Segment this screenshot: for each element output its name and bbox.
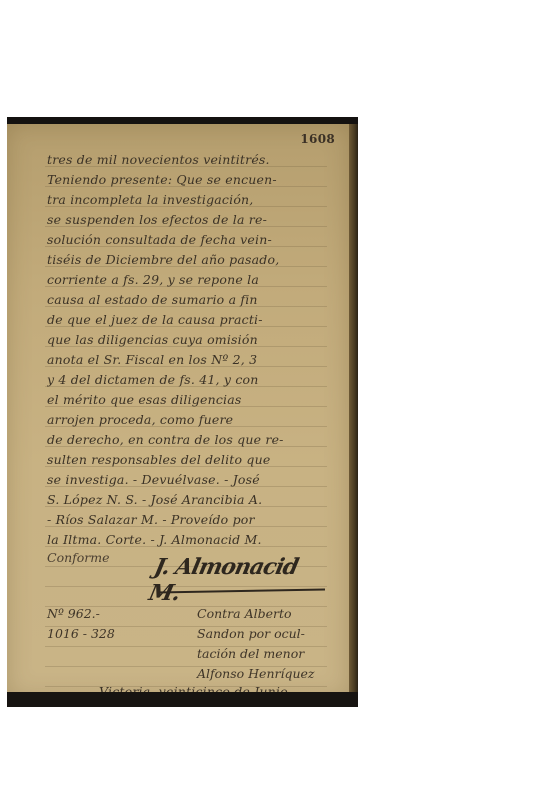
body-line: se investiga. - Devuélvase. - José xyxy=(47,472,327,487)
body-line: S. López N. S. - José Arancibia A. xyxy=(47,492,327,507)
body-line: solución consultada de fecha vein- xyxy=(47,232,327,247)
body-line: - Ríos Salazar M. - Proveído por xyxy=(47,512,327,527)
body-line: anota el Sr. Fiscal en los Nº 2, 3 xyxy=(47,352,327,367)
subject-line: Alfonso Henríquez xyxy=(197,666,327,681)
case-reference: 1016 - 328 xyxy=(47,626,115,641)
body-line: causa al estado de sumario a fin xyxy=(47,292,327,307)
body-line: arrojen proceda, como fuere xyxy=(47,412,327,427)
body-line: sulten responsables del delito que xyxy=(47,452,327,467)
bottom-shadow xyxy=(7,692,358,707)
subject-line: tación del menor xyxy=(197,646,327,661)
subject-line: Sandon por ocul- xyxy=(197,626,327,641)
subject-line: Contra Alberto xyxy=(197,606,327,621)
conforme-label: Conforme xyxy=(47,550,110,565)
body-line: tra incompleta la investigación, xyxy=(47,192,327,207)
body-line: tres de mil novecientos veintitrés. xyxy=(47,152,327,167)
signature: J. Almonacid M. xyxy=(146,554,332,606)
body-line: el mérito que esas diligencias xyxy=(47,392,327,407)
body-line: de derecho, en contra de los que re- xyxy=(47,432,327,447)
signature-block: Conforme J. Almonacid M. xyxy=(47,550,327,596)
body-line: que las diligencias cuya omisión xyxy=(47,332,327,347)
body-line: corriente a fs. 29, y se repone la xyxy=(47,272,327,287)
page-edge xyxy=(349,124,358,694)
folio-number: 1608 xyxy=(300,132,335,146)
body-line: tiséis de Diciembre del año pasado, xyxy=(47,252,327,267)
body-line: la Iltma. Corte. - J. Almonacid M. xyxy=(47,532,327,547)
body-line: y 4 del dictamen de fs. 41, y con xyxy=(47,372,327,387)
body-line: se suspenden los efectos de la re- xyxy=(47,212,327,227)
body-line: Teniendo presente: Que se encuen- xyxy=(47,172,327,187)
ledger-photo: 1608 xyxy=(7,117,358,707)
ledger-page: 1608 xyxy=(7,124,349,698)
case-number: Nº 962.- xyxy=(47,606,100,621)
body-line: de que el juez de la causa practi- xyxy=(47,312,327,327)
